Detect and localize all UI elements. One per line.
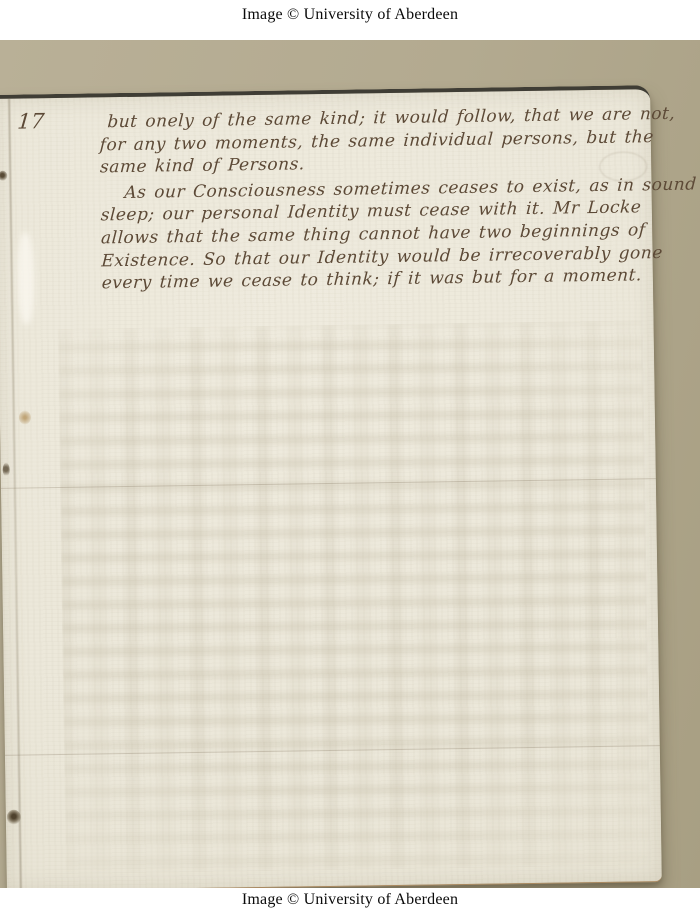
backing-mat: 17 but onely of the same kind; it would …: [0, 40, 700, 888]
binding-stitch-top: [0, 171, 7, 181]
credit-line-top: Image © University of Aberdeen: [0, 0, 700, 40]
manuscript-page: 17 but onely of the same kind; it would …: [0, 85, 662, 892]
page-number: 17: [16, 109, 45, 133]
binding-stitch-bottom: [7, 810, 21, 825]
handwriting-block: but onely of the same kind; it would fol…: [98, 103, 657, 295]
stain-spot: [19, 410, 31, 424]
fold-crease-vertical: [8, 99, 22, 891]
scanned-manuscript-photo: Image © University of Aberdeen 17 but on…: [0, 0, 700, 910]
credit-line-bottom: Image © University of Aberdeen: [0, 888, 700, 910]
verso-bleedthrough: [58, 320, 651, 874]
binding-stitch-middle: [3, 463, 10, 477]
paper-smudge: [17, 232, 34, 324]
